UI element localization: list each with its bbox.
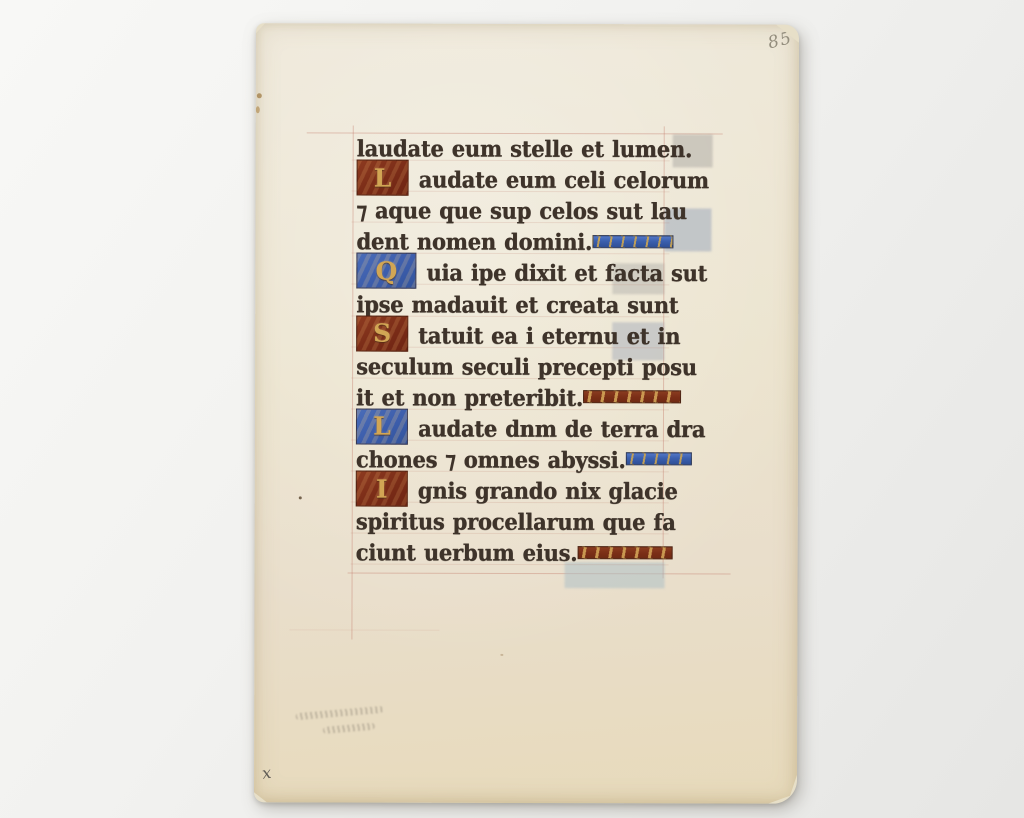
line-text: audate eum celi celorum [419,166,709,194]
line-filler-red [577,546,672,559]
foxing-speck [500,654,503,656]
text-line: L audate eum celi celorum [357,165,667,197]
text-line: L audate dnm de terra dra [356,413,666,445]
faint-pencil-squiggle [295,706,383,720]
illuminated-initial-Q: Q [356,253,416,289]
text-line: ciunt uerbum eius. [356,538,666,570]
line-text: tatuit ea i eternu et in [418,322,680,349]
line-text: uia ipe dixit et facta sut [426,259,707,286]
ruling-line-horizontal-bottom [348,573,731,575]
manuscript-leaf-wrapper: laudate eum stelle et lumen. L audate eu… [254,23,799,803]
line-text: ciunt uerbum eius. [356,539,578,566]
illuminated-initial-L: L [357,160,409,196]
text-line: seculum seculi precepti posu [356,351,666,383]
line-filler-red [583,390,681,403]
foxing-speck [257,93,262,98]
line-text: audate dnm de terra dra [418,415,705,443]
text-line: S tatuit ea i eternu et in [356,320,666,352]
line-text: it et non preteribit. [356,384,583,411]
line-filler-blue [592,235,673,248]
pencil-x-mark: x [261,763,273,783]
line-text: dent nomen domini. [356,228,592,255]
text-line: spiritus procellarum que fa [356,507,666,539]
faint-pencil-offset-inscription [295,706,385,736]
illuminated-initial-I: I [356,471,408,507]
line-text: laudate eum stelle et lumen. [357,135,692,163]
faint-pencil-squiggle [323,723,375,734]
manuscript-leaf: laudate eum stelle et lumen. L audate eu… [254,23,799,803]
ruling-line-horizontal-lower [289,629,439,630]
photo-stage: laudate eum stelle et lumen. L audate eu… [0,0,1024,818]
text-line: I gnis grando nix glacie [356,476,666,508]
foxing-speck [299,496,302,499]
line-filler-blue [625,453,691,466]
illuminated-initial-L: L [356,408,408,444]
text-line: ⁊ aque que sup celos sut lau [356,196,666,228]
foxing-speck [256,106,260,113]
line-text: spiritus procellarum que fa [356,508,676,536]
illuminated-initial-S: S [356,315,408,351]
line-text: chones ⁊ omnes abyssi. [356,446,626,473]
ruling-line-vertical-left [351,126,353,640]
line-text: ipse madauit et creata sunt [356,290,678,318]
line-text: seculum seculi precepti posu [356,353,697,381]
line-text: gnis grando nix glacie [418,477,678,504]
text-line: Q uia ipe dixit et facta sut [356,258,666,290]
line-text: ⁊ aque que sup celos sut lau [356,197,686,225]
text-block: laudate eum stelle et lumen. L audate eu… [356,134,667,570]
